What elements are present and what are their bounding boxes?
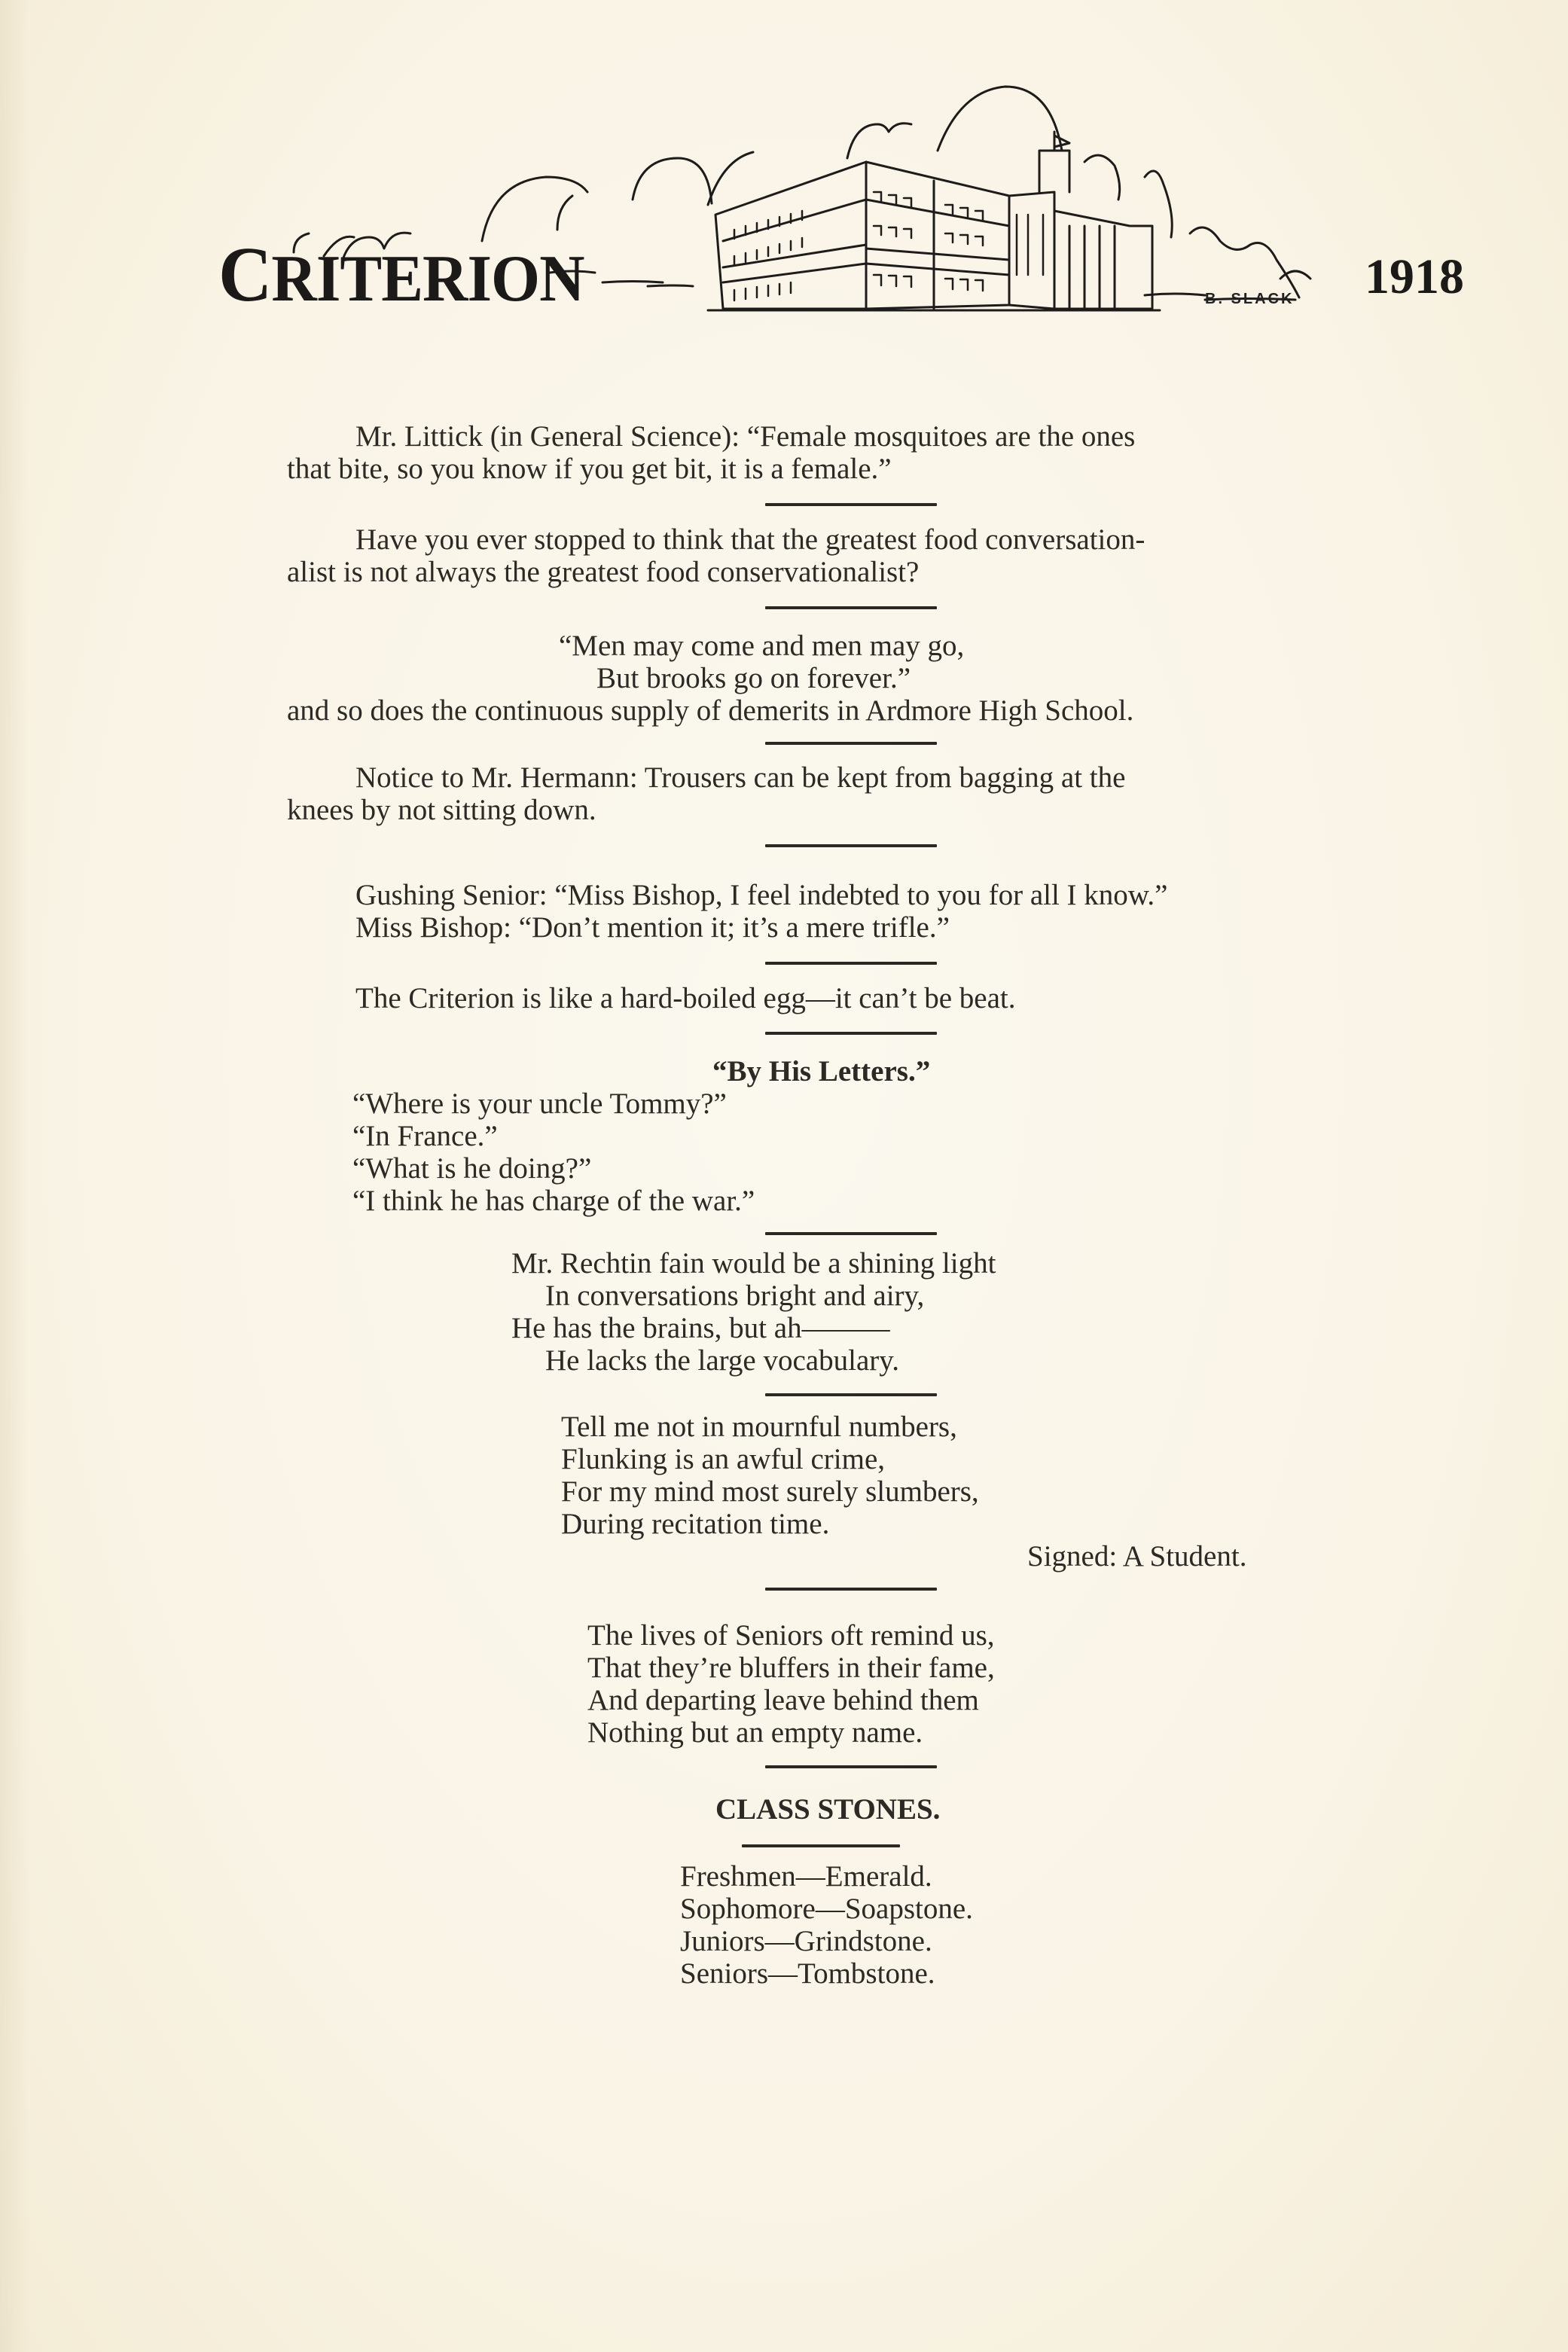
verse-line: Tell me not in mournful numbers, [561,1411,957,1443]
verse-line: Flunking is an awful crime, [561,1443,885,1475]
text-line: that bite, so you know if you get bit, i… [287,453,892,485]
title-rest: RITERION [271,243,584,316]
verse-line: In conversations bright and airy, [545,1280,924,1312]
verse-line: That they’re bluffers in their fame, [587,1652,995,1684]
divider-rule [765,503,937,506]
verse-line: He lacks the large vocabulary. [545,1344,899,1377]
text-line: knees by not sitting down. [287,794,596,826]
verse-line: He has the brains, but ah——— [511,1312,890,1344]
divider-rule [765,1588,937,1591]
dialogue-line: “Where is your uncle Tommy?” [352,1088,727,1120]
text-line: Mr. Littick (in General Science): “Femal… [355,420,1135,453]
list-item: Juniors—Grindstone. [680,1925,932,1957]
verse-line: “Men may come and men may go, [559,630,964,662]
list-item: Freshmen—Emerald. [680,1860,932,1893]
divider-rule [765,1032,937,1035]
text-line: Have you ever stopped to think that the … [355,523,1145,556]
verse-line: During recitation time. [561,1508,829,1540]
divider-rule [742,1844,900,1847]
verse-line: Mr. Rechtin fain would be a shining ligh… [511,1247,996,1280]
section-heading: “By His Letters.” [712,1055,930,1088]
artist-signature: B. SLACK [1205,291,1294,308]
text-line: Miss Bishop: “Don’t mention it; it’s a m… [355,911,950,944]
divider-rule [765,1765,937,1768]
text-line: alist is not always the greatest food co… [287,556,919,588]
title-initial: C [218,231,271,318]
verse-line: And departing leave behind them [587,1684,979,1716]
masthead-title: CRITERION [218,230,584,319]
poem-signature: Signed: A Student. [1027,1540,1246,1573]
list-item: Sophomore—Soapstone. [680,1893,973,1925]
page-edge-shadow [0,0,30,2352]
dialogue-line: “In France.” [352,1120,498,1152]
divider-rule [765,1232,937,1235]
divider-rule [765,606,937,609]
verse-line: But brooks go on forever.” [596,662,911,694]
list-item: Seniors—Tombstone. [680,1957,935,1990]
divider-rule [765,962,937,965]
text-line: Gushing Senior: “Miss Bishop, I feel ind… [355,879,1167,911]
verse-line: Nothing but an empty name. [587,1716,923,1749]
divider-rule [765,844,937,847]
dialogue-line: “I think he has charge of the war.” [352,1185,755,1217]
divider-rule [765,1393,937,1396]
dialogue-line: “What is he doing?” [352,1152,591,1185]
verse-line: For my mind most surely slumbers, [561,1475,979,1508]
masthead-year: 1918 [1365,249,1464,306]
text-line: Notice to Mr. Hermann: Trousers can be k… [355,761,1125,794]
divider-rule [765,742,937,745]
text-line: The Criterion is like a hard-boiled egg—… [355,982,1016,1014]
text-line: and so does the continuous supply of dem… [287,694,1133,727]
section-heading: CLASS STONES. [715,1793,940,1826]
verse-line: The lives of Seniors oft remind us, [587,1619,995,1652]
